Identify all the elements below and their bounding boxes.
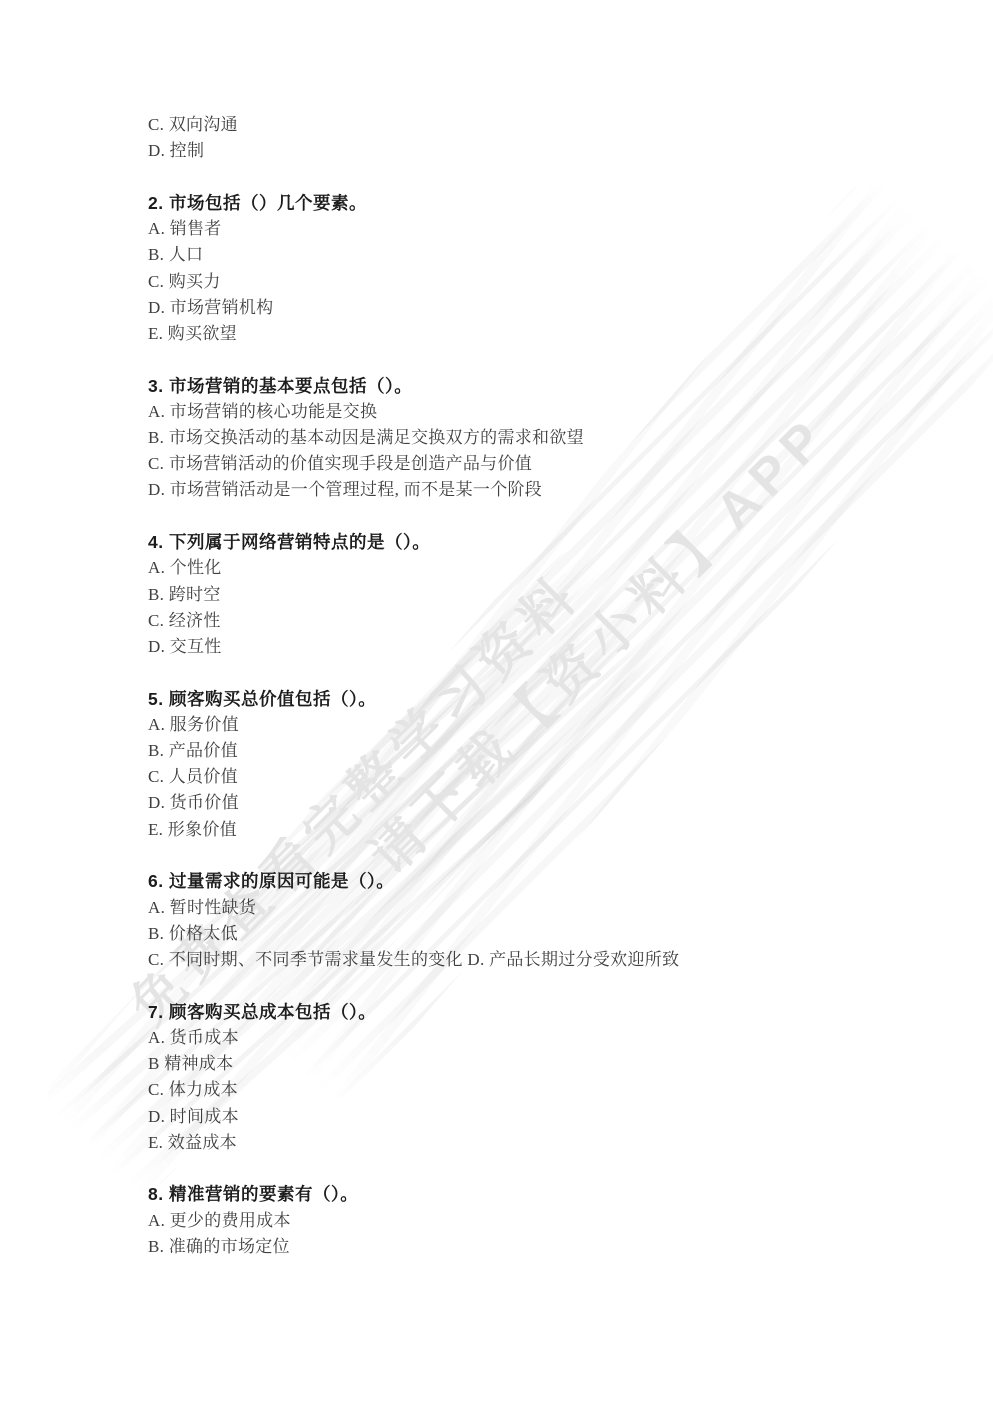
question-option: E. 效益成本 (148, 1130, 908, 1156)
question-option: A. 货币成本 (148, 1025, 908, 1051)
question-option: B. 价格太低 (148, 921, 908, 947)
question-option: C. 体力成本 (148, 1077, 908, 1103)
question-option: C. 双向沟通 (148, 112, 908, 138)
question-block: 2. 市场包括（）几个要素。A. 销售者B. 人口C. 购买力D. 市场营销机构… (148, 190, 908, 347)
question-option: B. 跨时空 (148, 582, 908, 608)
question-option: B 精神成本 (148, 1051, 908, 1077)
question-option: B. 市场交换活动的基本动因是满足交换双方的需求和欲望 (148, 425, 908, 451)
question-block: 6. 过量需求的原因可能是（）。A. 暂时性缺货B. 价格太低C. 不同时期、不… (148, 868, 908, 973)
question-option: B. 产品价值 (148, 738, 908, 764)
question-option: D. 交互性 (148, 634, 908, 660)
question-block: 5. 顾客购买总价值包括（）。A. 服务价值B. 产品价值C. 人员价值D. 货… (148, 686, 908, 843)
question-option: C. 不同时期、不同季节需求量发生的变化 D. 产品长期过分受欢迎所致 (148, 947, 908, 973)
question-option: C. 人员价值 (148, 764, 908, 790)
question-option: E. 形象价值 (148, 817, 908, 843)
question-title: 5. 顾客购买总价值包括（）。 (148, 686, 908, 712)
question-option: A. 暂时性缺货 (148, 895, 908, 921)
question-option: D. 时间成本 (148, 1104, 908, 1130)
question-title: 4. 下列属于网络营销特点的是（）。 (148, 529, 908, 555)
question-block: 8. 精准营销的要素有（）。A. 更少的费用成本B. 准确的市场定位 (148, 1181, 908, 1260)
question-title: 6. 过量需求的原因可能是（）。 (148, 868, 908, 894)
question-list: C. 双向沟通D. 控制2. 市场包括（）几个要素。A. 销售者B. 人口C. … (148, 112, 908, 1260)
question-option: C. 经济性 (148, 608, 908, 634)
question-option: A. 个性化 (148, 555, 908, 581)
question-option: C. 市场营销活动的价值实现手段是创造产品与价值 (148, 451, 908, 477)
question-option: D. 市场营销机构 (148, 295, 908, 321)
document-page: 免费查看完整学习资料 请下载【资小料】APP C. 双向沟通D. 控制2. 市场… (0, 0, 993, 1404)
question-block: C. 双向沟通D. 控制 (148, 112, 908, 164)
question-title: 7. 顾客购买总成本包括（）。 (148, 999, 908, 1025)
question-option: B. 准确的市场定位 (148, 1234, 908, 1260)
question-option: B. 人口 (148, 242, 908, 268)
question-title: 8. 精准营销的要素有（）。 (148, 1181, 908, 1207)
question-block: 4. 下列属于网络营销特点的是（）。A. 个性化B. 跨时空C. 经济性D. 交… (148, 529, 908, 660)
question-option: C. 购买力 (148, 269, 908, 295)
question-option: D. 控制 (148, 138, 908, 164)
question-option: D. 货币价值 (148, 790, 908, 816)
question-option: A. 服务价值 (148, 712, 908, 738)
question-option: A. 销售者 (148, 216, 908, 242)
question-option: A. 更少的费用成本 (148, 1208, 908, 1234)
question-block: 7. 顾客购买总成本包括（）。A. 货币成本B 精神成本C. 体力成本D. 时间… (148, 999, 908, 1156)
question-option: D. 市场营销活动是一个管理过程, 而不是某一个阶段 (148, 477, 908, 503)
question-title: 2. 市场包括（）几个要素。 (148, 190, 908, 216)
question-option: A. 市场营销的核心功能是交换 (148, 399, 908, 425)
question-block: 3. 市场营销的基本要点包括（）。A. 市场营销的核心功能是交换B. 市场交换活… (148, 373, 908, 504)
question-title: 3. 市场营销的基本要点包括（）。 (148, 373, 908, 399)
question-option: E. 购买欲望 (148, 321, 908, 347)
